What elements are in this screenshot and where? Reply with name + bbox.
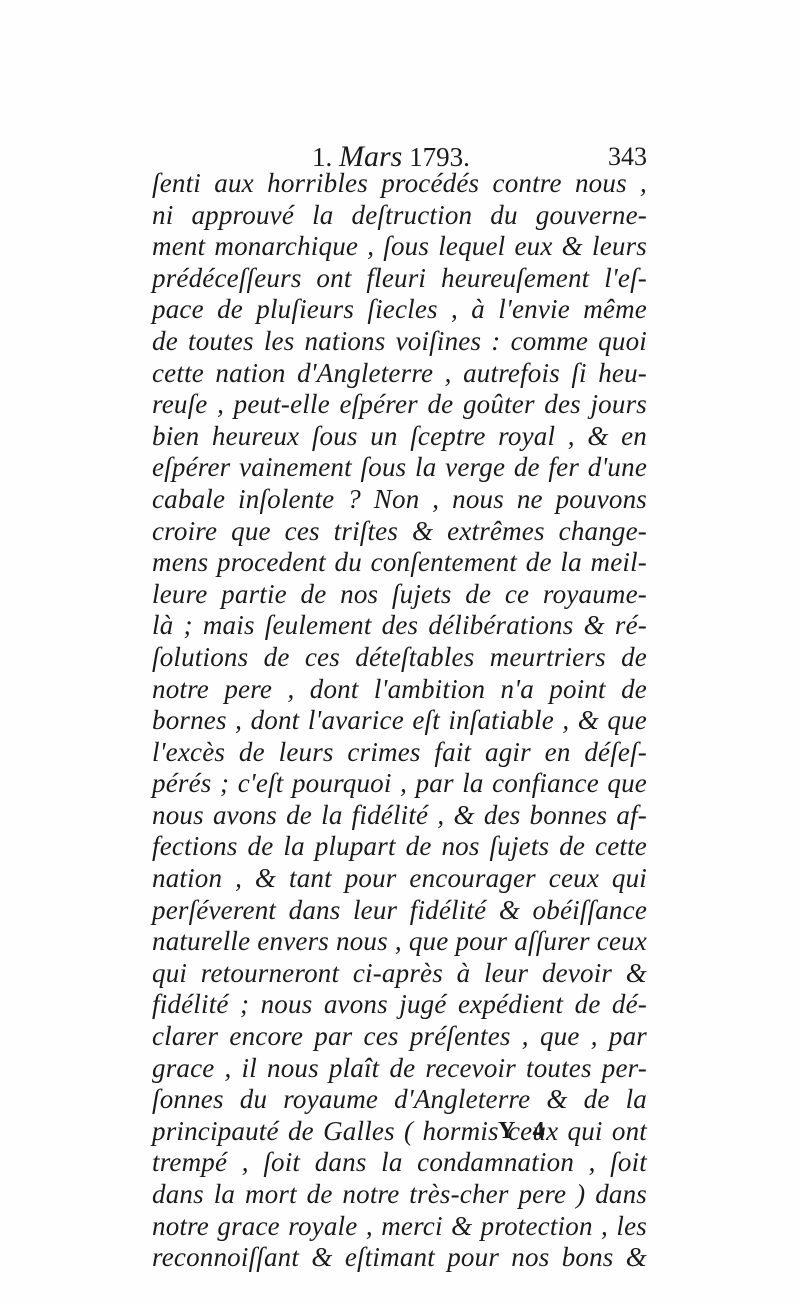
text-line: prédéceſſeurs ont fleuri heureuſement l'… bbox=[152, 263, 647, 295]
text-line: reconnoiſſant & eſtimant pour nos bons & bbox=[152, 1242, 647, 1274]
text-line: leure partie de nos ſujets de ce royaume… bbox=[152, 579, 647, 611]
signature-mark: Y 4 bbox=[498, 1118, 550, 1145]
text-line: ſenti aux horribles procédés contre nous… bbox=[152, 168, 647, 200]
text-line: l'excès de leurs crimes fait agir en déſ… bbox=[152, 737, 647, 769]
book-page: 1. Mars 1793. 343 ſenti aux horribles pr… bbox=[0, 0, 800, 1304]
text-line: naturelle envers nous , que pour aſſurer… bbox=[152, 926, 647, 958]
text-line: ni approuvé la deſtruction du gouverne- bbox=[152, 200, 647, 232]
text-line: principauté de Galles ( hormis ceux qui … bbox=[152, 1116, 647, 1148]
text-line: croire que ces triſtes & extrêmes change… bbox=[152, 516, 647, 548]
text-line: trempé , ſoit dans la condamnation , ſoi… bbox=[152, 1147, 647, 1179]
text-line: clarer encore par ces préſentes , que , … bbox=[152, 1021, 647, 1053]
text-line: grace , il nous plaît de recevoir toutes… bbox=[152, 1053, 647, 1085]
text-line: dans la mort de notre très-cher pere ) d… bbox=[152, 1179, 647, 1211]
text-line: bien heureux ſous un ſceptre royal , & e… bbox=[152, 421, 647, 453]
text-line: fidélité ; nous avons jugé expédient de … bbox=[152, 989, 647, 1021]
text-line: pérés ; c'eſt pourquoi , par la confianc… bbox=[152, 768, 647, 800]
text-line: de toutes les nations voiſines : comme q… bbox=[152, 326, 647, 358]
text-line: nous avons de la fidélité , & des bonnes… bbox=[152, 800, 647, 832]
text-line: mens procedent du conſentement de la mei… bbox=[152, 547, 647, 579]
text-line: ſolutions de ces déteſtables meurtriers … bbox=[152, 642, 647, 674]
body-text: ſenti aux horribles procédés contre nous… bbox=[152, 168, 647, 1274]
text-line: là ; mais ſeulement des délibérations & … bbox=[152, 610, 647, 642]
text-line: qui retourneront ci-après à leur devoir … bbox=[152, 958, 647, 990]
text-line: ſonnes du royaume d'Angleterre & de la bbox=[152, 1084, 647, 1116]
text-line: cette nation d'Angleterre , autrefois ſi… bbox=[152, 358, 647, 390]
text-line: cabale inſolente ? Non , nous ne pouvons bbox=[152, 484, 647, 516]
text-line: ment monarchique , ſous lequel eux & leu… bbox=[152, 231, 647, 263]
text-line: bornes , dont l'avarice eſt inſatiable ,… bbox=[152, 705, 647, 737]
text-line: fections de la plupart de nos ſujets de … bbox=[152, 831, 647, 863]
text-line: pace de pluſieurs ſiecles , à l'envie mê… bbox=[152, 294, 647, 326]
text-line: nation , & tant pour encourager ceux qui bbox=[152, 863, 647, 895]
text-line: eſpérer vainement ſous la verge de fer d… bbox=[152, 452, 647, 484]
text-line: notre pere , dont l'ambition n'a point d… bbox=[152, 674, 647, 706]
text-line: perſéverent dans leur fidélité & obéiſſa… bbox=[152, 895, 647, 927]
text-line: reuſe , peut-elle eſpérer de goûter des … bbox=[152, 389, 647, 421]
text-line: notre grace royale , merci & protection … bbox=[152, 1211, 647, 1243]
